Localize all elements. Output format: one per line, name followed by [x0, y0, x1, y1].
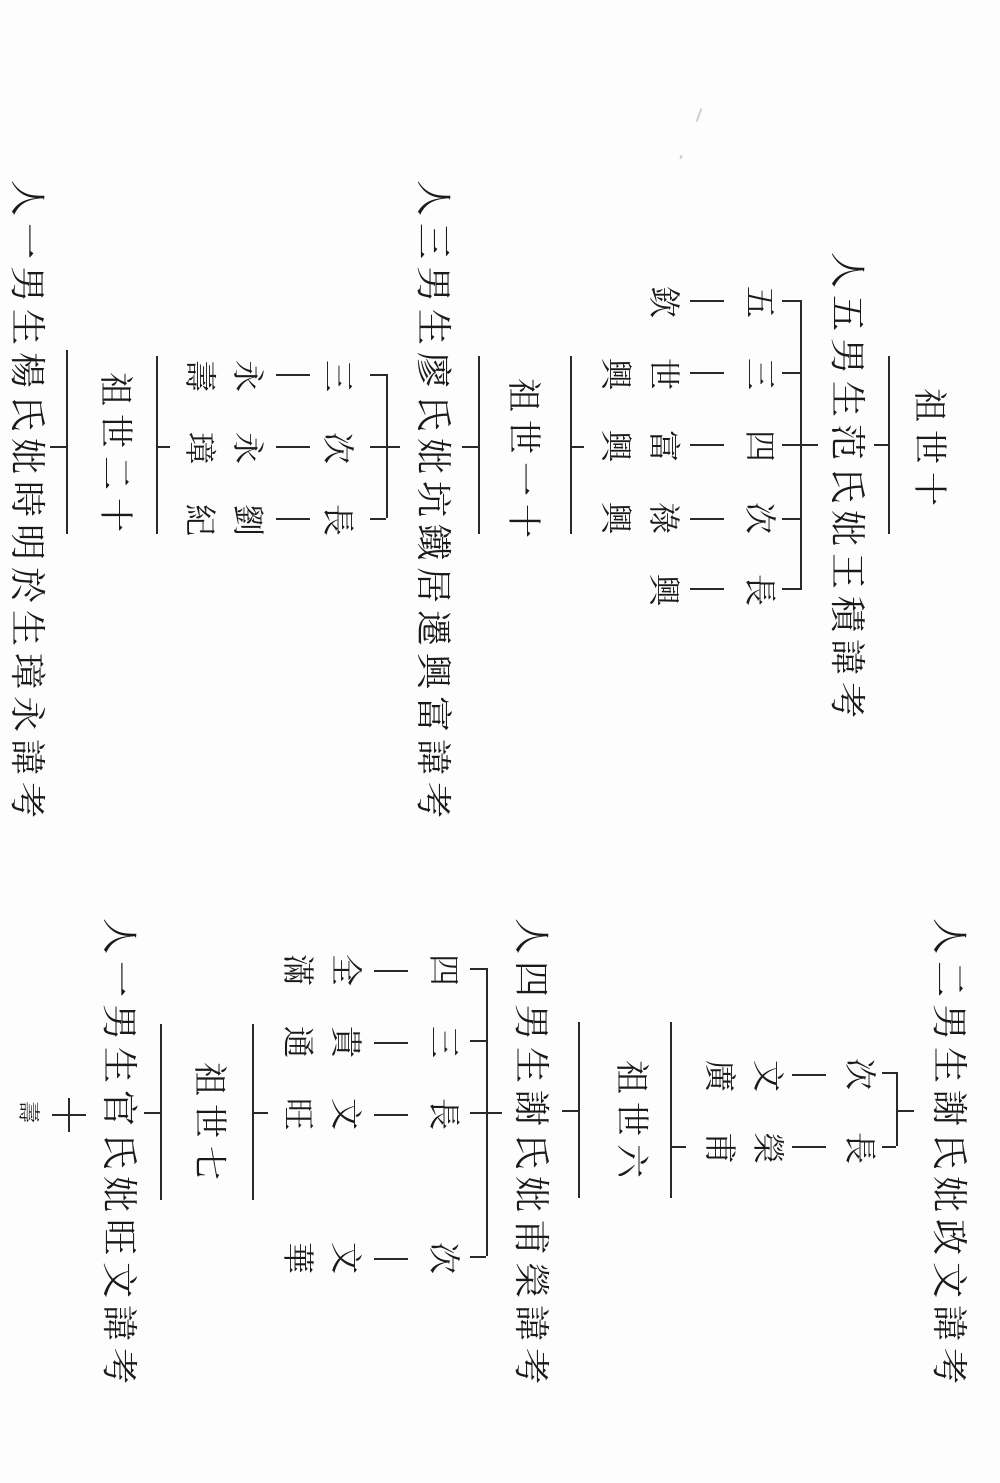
separator-tick	[670, 1146, 686, 1148]
ancestor-line-gen10: 人五男生范氏妣王積諱考	[828, 252, 864, 725]
son-order-label: 次	[840, 1056, 876, 1092]
son-name-char: 文	[326, 1240, 362, 1276]
separator-line	[578, 1022, 580, 1198]
name-dash	[276, 374, 310, 376]
bracket-arm	[882, 1146, 896, 1148]
name-dash	[276, 518, 310, 520]
son-name-char: 滿	[278, 952, 314, 988]
name-dash	[792, 1074, 826, 1076]
son-name-char: 璋	[180, 430, 216, 466]
son-order-label: 長	[318, 502, 354, 538]
son-name-char: 劉	[228, 502, 264, 538]
son-name-char: 興	[644, 572, 680, 608]
ancestor-line-gen6: 人四男生謝氏妣甫榮諱考	[512, 918, 548, 1391]
son-order-label: 次	[740, 500, 776, 536]
generation-label-gen12: 祖世二十	[98, 372, 132, 540]
separator-tick	[156, 446, 170, 448]
bracket-arm	[882, 1072, 896, 1074]
son-order-label: 四	[740, 428, 776, 464]
son-name-char: 華	[278, 1240, 314, 1276]
son-name-char: 廣	[700, 1058, 736, 1094]
son-order-label: 次	[424, 1240, 460, 1276]
ancestor-line-gen7: 人一男生官氏妣旺文諱考	[100, 918, 136, 1391]
separator-line	[570, 356, 572, 534]
bracket-arm	[782, 444, 818, 446]
son-name-char: 通	[278, 1024, 314, 1060]
son-name-char: 富	[644, 428, 680, 464]
son-name-char: 永	[228, 358, 264, 394]
bracket-arm	[470, 1112, 502, 1114]
name-dash	[690, 518, 724, 520]
bracket-arm	[370, 518, 386, 520]
son-name-char: 壽	[10, 1098, 38, 1126]
name-dash	[374, 970, 408, 972]
name-dash	[276, 446, 310, 448]
separator-tick	[570, 446, 584, 448]
son-name-char: 祿	[644, 500, 680, 536]
son-order-label: 長	[840, 1130, 876, 1166]
bracket-arm	[782, 372, 800, 374]
separator-tick	[562, 1110, 578, 1112]
separator-tick	[144, 1112, 160, 1114]
son-order-label: 四	[424, 952, 460, 988]
name-dash	[690, 300, 724, 302]
generation-label-gen11: 祖世一十	[506, 378, 540, 546]
sons-bracket	[896, 1072, 898, 1146]
ancestor-line-gen11: 人三男生廖氏妣坑鐵居遷興富諱考	[414, 180, 450, 825]
name-dash	[792, 1146, 826, 1148]
son-name-char: 貴	[326, 1024, 362, 1060]
separator-tick	[462, 446, 478, 448]
separator-line	[156, 356, 158, 534]
separator-tick	[874, 444, 888, 446]
son-order-label: 長	[424, 1096, 460, 1132]
generation-label-gen7: 祖世七	[192, 1062, 226, 1188]
son-name-char: 榮	[748, 1130, 784, 1166]
name-dash	[690, 588, 724, 590]
son-name-char: 紀	[180, 502, 216, 538]
bracket-arm	[370, 446, 400, 448]
bracket-arm	[370, 374, 386, 376]
son-order-label: 五	[740, 284, 776, 320]
son-order-label: 三	[318, 358, 354, 394]
son-order-label: 次	[318, 430, 354, 466]
bracket-arm	[470, 968, 486, 970]
son-name-char: 興	[596, 356, 632, 392]
paper-speck	[679, 155, 682, 159]
name-dash	[690, 372, 724, 374]
ancestor-line-gen5-visible: 人二男生謝氏妣政文諱考	[930, 918, 966, 1391]
name-dash	[690, 444, 724, 446]
bracket-arm	[896, 1110, 914, 1112]
generation-label-gen6: 祖世六	[614, 1060, 648, 1186]
son-name-char: 全	[326, 952, 362, 988]
son-name-char: 壽	[180, 358, 216, 394]
separator-line	[670, 1022, 672, 1198]
paper-speck	[696, 108, 703, 122]
son-order-label: 長	[740, 572, 776, 608]
son-name-char: 永	[228, 430, 264, 466]
name-dash	[374, 1258, 408, 1260]
separator-line	[478, 356, 480, 534]
bracket-arm	[470, 1040, 486, 1042]
ancestor-line-gen12: 人一男生楊氏妣時明於生璋永諱考	[8, 180, 44, 825]
son-connector	[68, 1098, 70, 1132]
separator-tick	[50, 446, 66, 448]
son-name-char: 興	[596, 500, 632, 536]
son-name-char: 興	[596, 428, 632, 464]
bracket-arm	[782, 300, 800, 302]
name-dash	[374, 1114, 408, 1116]
son-name-char: 甫	[700, 1130, 736, 1166]
separator-line	[66, 350, 68, 534]
son-name-char: 文	[748, 1058, 784, 1094]
son-order-label: 三	[424, 1024, 460, 1060]
generation-label-gen10: 祖世十	[912, 388, 946, 514]
son-order-label: 三	[740, 356, 776, 392]
separator-line	[160, 1024, 162, 1200]
son-name-char: 旺	[278, 1096, 314, 1132]
son-name-char: 欽	[644, 284, 680, 320]
bracket-arm	[470, 1256, 486, 1258]
bracket-arm	[782, 588, 800, 590]
separator-line	[888, 356, 890, 534]
son-name-char: 文	[326, 1096, 362, 1132]
son-name-char: 世	[644, 356, 680, 392]
separator-tick	[252, 1112, 268, 1114]
genealogy-page: 祖世十 人五男生范氏妣王積諱考 五 三 四 次 長 欽 世 富 祿 興 興 興 …	[0, 0, 1000, 1483]
bracket-arm	[782, 518, 800, 520]
name-dash	[374, 1042, 408, 1044]
